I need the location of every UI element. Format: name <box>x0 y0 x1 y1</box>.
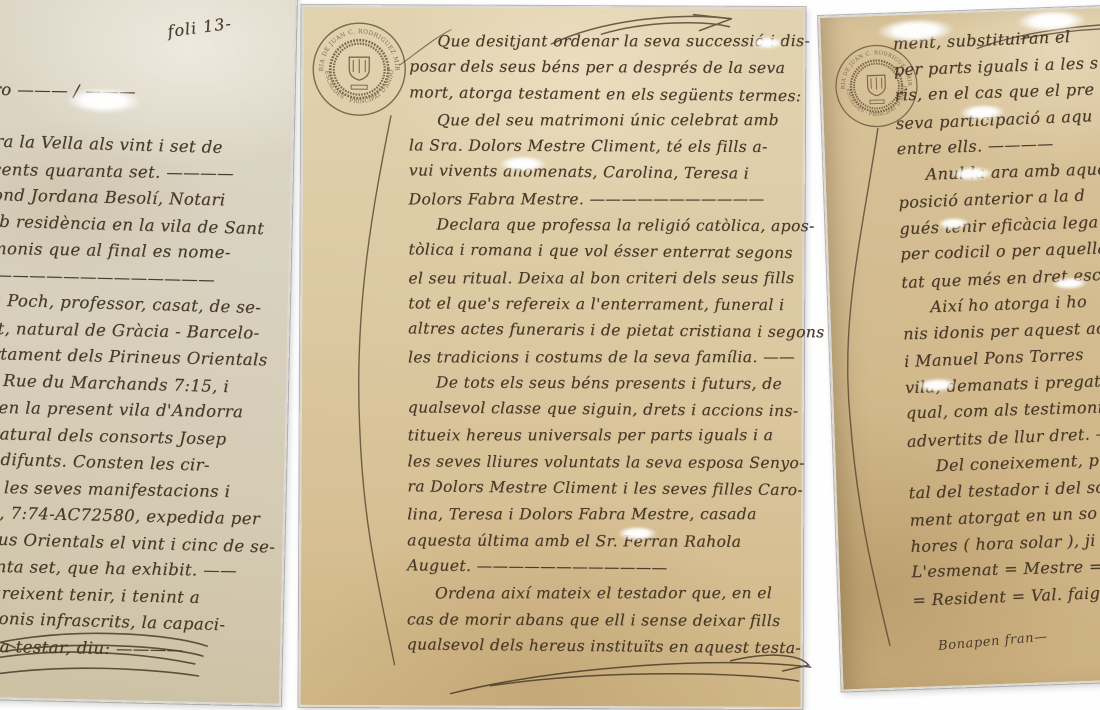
handwritten-line: qualsevol dels hereus instituïts en aque… <box>407 635 793 665</box>
seal-crest <box>349 57 369 89</box>
handwritten-line: el seu ritual. Deixa al bon criteri dels… <box>408 269 794 296</box>
screenshot-root: { "background_color": "#fefefe", "ink_co… <box>0 0 1100 710</box>
document-page-middle: NOTARIA DE JUAN C. RODRIGUEZ MIRANDA LES… <box>298 5 805 709</box>
handwritten-line: vui vivents anomenats, Carolina, Teresa … <box>409 162 795 192</box>
handwritten-line: Dolors Fabra Mestre. ——————————— <box>409 190 795 217</box>
handwritten-line: Que del seu matrimoni únic celebrat amb <box>409 111 795 138</box>
document-collage: foli 13- úmero ——— / ——— ndorra la Vella… <box>0 0 1100 710</box>
handwritten-line: posar dels seus béns per a després de la… <box>409 58 795 86</box>
handwritten-line: tot el que's refereix a l'enterrament, f… <box>408 294 794 322</box>
folio-number: foli 13- <box>167 14 234 41</box>
handwritten-line: als de les seves manifestacions i <box>0 477 277 509</box>
glare-spot <box>617 526 657 540</box>
svg-text:NOTARIA DE JUAN C. RODRIGUEZ M: NOTARIA DE JUAN C. RODRIGUEZ MIRANDA <box>309 19 400 72</box>
handwritten-line: Declara que professa la religió catòlica… <box>409 215 795 243</box>
handwritten-line: cas de morir abans que ell i sense deixa… <box>407 610 793 638</box>
handwritten-line: nou cents quaranta set. ———— <box>0 159 284 191</box>
handwritten-line: aquesta última amb el Sr. Ferran Rahola <box>407 531 793 559</box>
handwritten-line: ra Dolors Mestre Climent i les seves fil… <box>407 477 793 507</box>
handwritten-line: quaranta set, que ha exhibit. —— <box>0 556 275 588</box>
handwritten-line: lina, Teresa i Dolors Fabra Mestre, casa… <box>407 505 793 532</box>
handwritten-text-block: úmero ——— / ——— ndorra la Vella als vint… <box>0 78 286 668</box>
handwritten-line: ia per a testar, diu: ———— <box>0 636 273 668</box>
signature-text: Bonapen fran— <box>938 630 1049 655</box>
handwritten-line: úmero ——— / ——— <box>0 79 286 111</box>
handwritten-line: la Sra. Dolors Mestre Climent, té els fi… <box>409 137 795 165</box>
handwritten-line: mort, atorga testament en els següents t… <box>409 83 795 113</box>
handwritten-line: Ordena així mateix el testador que, en e… <box>407 584 793 611</box>
document-page-right: NOTARIA DE JUAN C. RODRIGUEZ MIRANDA LES… <box>818 4 1100 692</box>
notary-seal-icon: NOTARIA DE JUAN C. RODRIGUEZ MIRANDA LES… <box>309 19 409 119</box>
handwritten-line: Que desitjant ordenar la seva successió … <box>409 32 795 59</box>
glare-spot <box>751 37 783 49</box>
handwritten-line: testimonis que al final es nome- <box>0 238 282 270</box>
handwritten-line: altres actes funeraris i de pietat crist… <box>408 320 794 350</box>
handwritten-line: qualsevol classe que siguin, drets i acc… <box>408 399 794 429</box>
seal-ring-text-top: NOTARIA DE JUAN C. RODRIGUEZ MIRANDA <box>309 19 400 72</box>
handwritten-line: Auguet. ———————————— <box>407 556 793 586</box>
handwritten-line: les seves lliures voluntats la seva espo… <box>407 452 793 480</box>
handwritten-line: d'edat, natural de Gràcia - Barcelo- <box>0 318 280 350</box>
handwritten-line: De tots els seus béns presents i futurs,… <box>408 373 794 401</box>
handwritten-text-block: Que desitjant ordenar la seva successió … <box>407 31 796 664</box>
handwritten-line: ment en la present vila d'Andorra <box>0 397 279 429</box>
seal-crest <box>867 75 886 104</box>
handwritten-line: titueix hereus universals per parts igua… <box>408 426 794 453</box>
glare-spot <box>499 156 547 172</box>
document-page-left: foli 13- úmero ——— / ——— ndorra la Vella… <box>0 0 297 706</box>
handwritten-line: tòlica i romana i que vol ésser enterrat… <box>408 241 794 271</box>
handwritten-line: les tradicions i costums de la seva famí… <box>408 348 794 375</box>
